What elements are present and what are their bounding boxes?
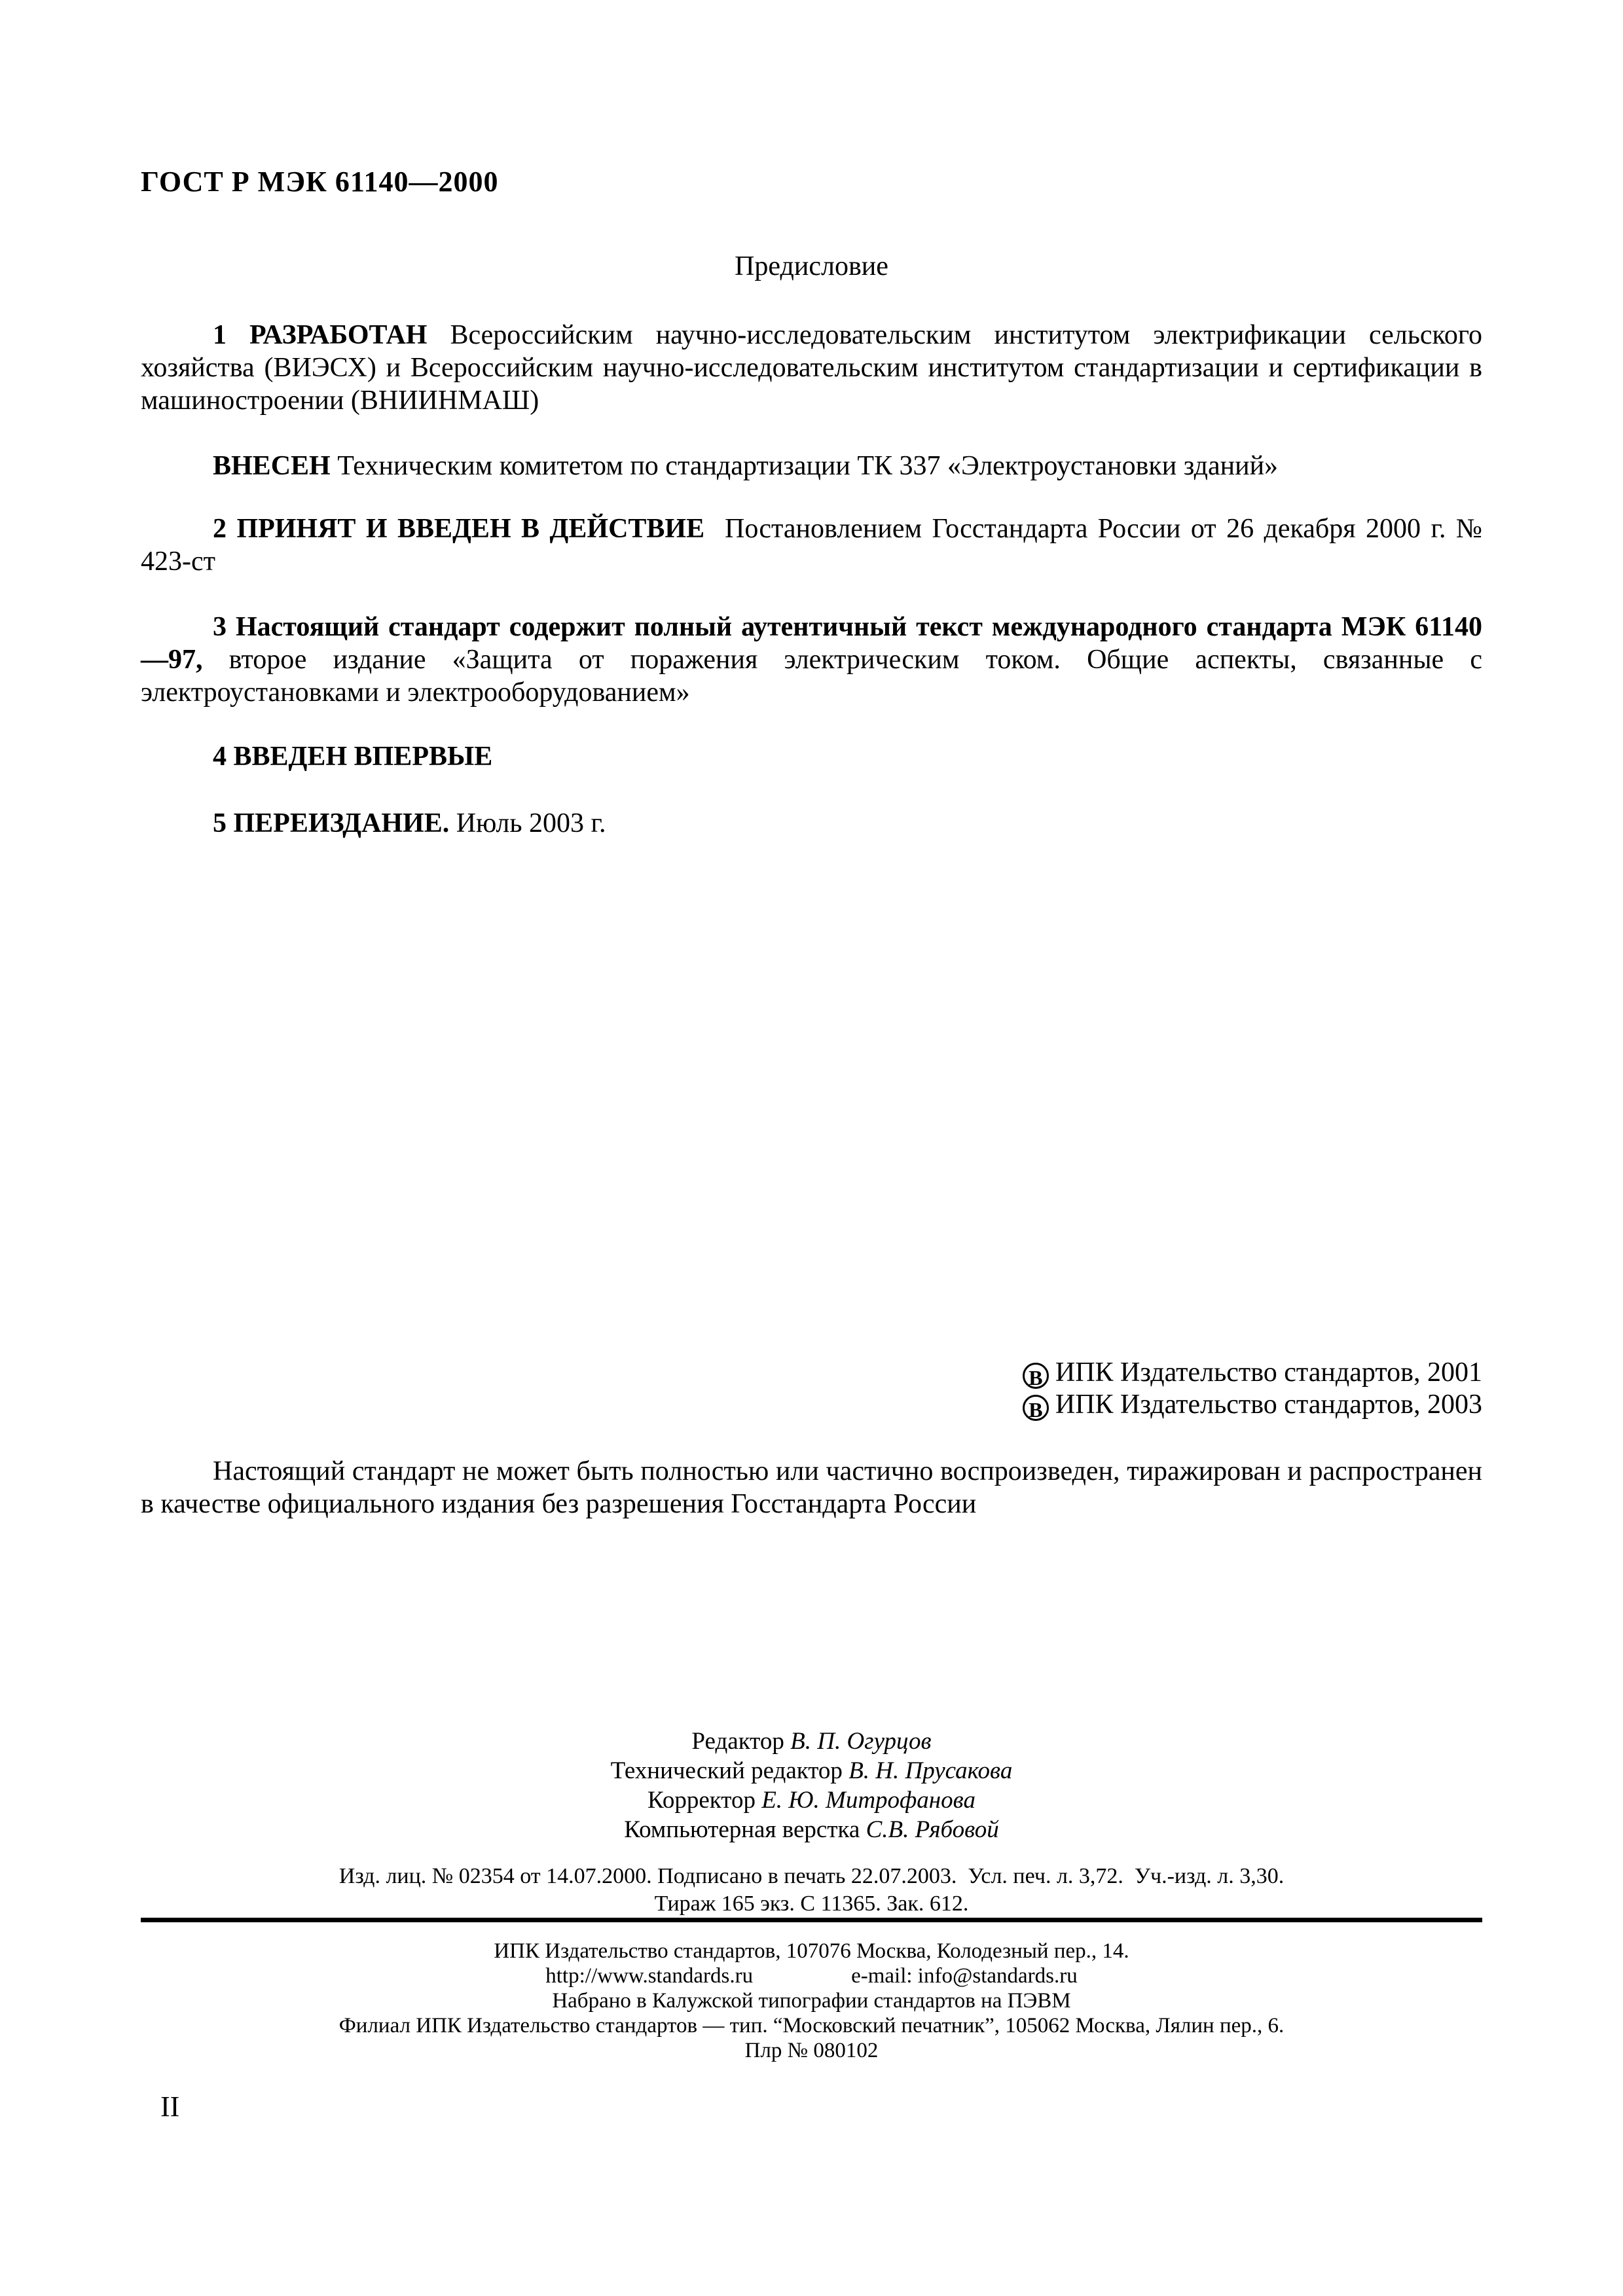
copyright-text: ИПК Издательство стандартов, 2003 [1055,1390,1482,1420]
credit-role: Технический редактор [611,1757,843,1784]
preface-paragraph-3: 2 ПРИНЯТ И ВВЕДЕН В ДЕЙСТВИЕ Постановлен… [141,512,1482,578]
copyright-line: ВИПК Издательство стандартов, 2003 [141,1389,1482,1421]
publisher-branch-line: Филиал ИПК Издательство стандартов — тип… [141,2013,1482,2038]
credit-name: В. П. Огурцов [790,1728,931,1755]
publisher-typeset-line: Набрано в Калужской типографии стандарто… [141,1988,1482,2013]
preface-title: Предисловие [141,250,1482,283]
document-page: ГОСТ Р МЭК 61140—2000 Предисловие 1 РАЗР… [0,0,1623,2296]
preface-paragraph-2: ВНЕСЕН Техническим комитетом по стандарт… [141,450,1482,482]
copyright-line: ВИПК Издательство стандартов, 2001 [141,1357,1482,1389]
credit-line-editor: Редактор В. П. Огурцов [141,1727,1482,1756]
publisher-address-line: ИПК Издательство стандартов, 107076 Моск… [141,1939,1482,1964]
publisher-email: e-mail: info@standards.ru [851,1964,1078,1988]
copyright-text: ИПК Издательство стандартов, 2001 [1055,1357,1482,1388]
credit-role: Редактор [691,1728,784,1755]
paragraph-text: Июль 2003 г. [449,808,606,838]
publisher-url: http://www.standards.ru [545,1964,753,1988]
credit-name: С.В. Рябовой [866,1816,999,1843]
divider-rule [141,1918,1482,1922]
publisher-license-line: Плр № 080102 [141,2038,1482,2063]
paragraph-lead: ВНЕСЕН [213,451,331,481]
paragraph-lead: 2 ПРИНЯТ И ВВЕДЕН В ДЕЙСТВИЕ [213,514,704,544]
credit-role: Корректор [647,1787,756,1814]
page-number: II [141,2090,1482,2123]
credit-name: Е. Ю. Митрофанова [761,1787,976,1814]
imprint-line-2: Тираж 165 экз. С 11365. Зак. 612. [141,1890,1482,1918]
paragraph-text: второе издание «Защита от поражения элек… [141,645,1482,708]
copyright-block: ВИПК Издательство стандартов, 2001 ВИПК … [141,1357,1482,1421]
credit-line-proofreader: Корректор Е. Ю. Митрофанова [141,1785,1482,1815]
credit-line-layout: Компьютерная верстка С.В. Рябовой [141,1815,1482,1844]
preface-paragraph-4: 3 Настоящий стандарт содержит полный аут… [141,611,1482,709]
preface-paragraph-6: 5 ПЕРЕИЗДАНИЕ. Июль 2003 г. [141,807,1482,840]
copyright-symbol-icon: В [1023,1363,1049,1389]
imprint-block: Изд. лиц. № 02354 от 14.07.2000. Подписа… [141,1863,1482,1918]
paragraph-text: Техническим комитетом по стандартизации … [331,451,1278,481]
paragraph-lead: 1 РАЗРАБОТАН [213,320,427,350]
page-content: ГОСТ Р МЭК 61140—2000 Предисловие 1 РАЗР… [141,0,1482,2123]
publisher-contacts-line: http://www.standards.ru e-mail: info@sta… [141,1964,1482,1988]
preface-paragraph-1: 1 РАЗРАБОТАН Всероссийским научно-исслед… [141,319,1482,417]
preface-paragraph-5: 4 ВВЕДЕН ВПЕРВЫЕ [141,740,1482,773]
credit-name: В. Н. Прусакова [848,1757,1012,1784]
paragraph-lead: 5 ПЕРЕИЗДАНИЕ. [213,808,449,838]
publisher-block: ИПК Издательство стандартов, 107076 Моск… [141,1939,1482,2063]
restriction-paragraph: Настоящий стандарт не может быть полност… [141,1455,1482,1520]
paragraph-lead: 4 ВВЕДЕН ВПЕРВЫЕ [213,742,492,772]
doc-code: ГОСТ Р МЭК 61140—2000 [141,0,1482,199]
credit-role: Компьютерная верстка [624,1816,860,1843]
credits-block: Редактор В. П. Огурцов Технический редак… [141,1727,1482,1844]
copyright-symbol-icon: В [1023,1395,1049,1421]
imprint-line-1: Изд. лиц. № 02354 от 14.07.2000. Подписа… [141,1863,1482,1890]
credit-line-technical-editor: Технический редактор В. Н. Прусакова [141,1756,1482,1785]
